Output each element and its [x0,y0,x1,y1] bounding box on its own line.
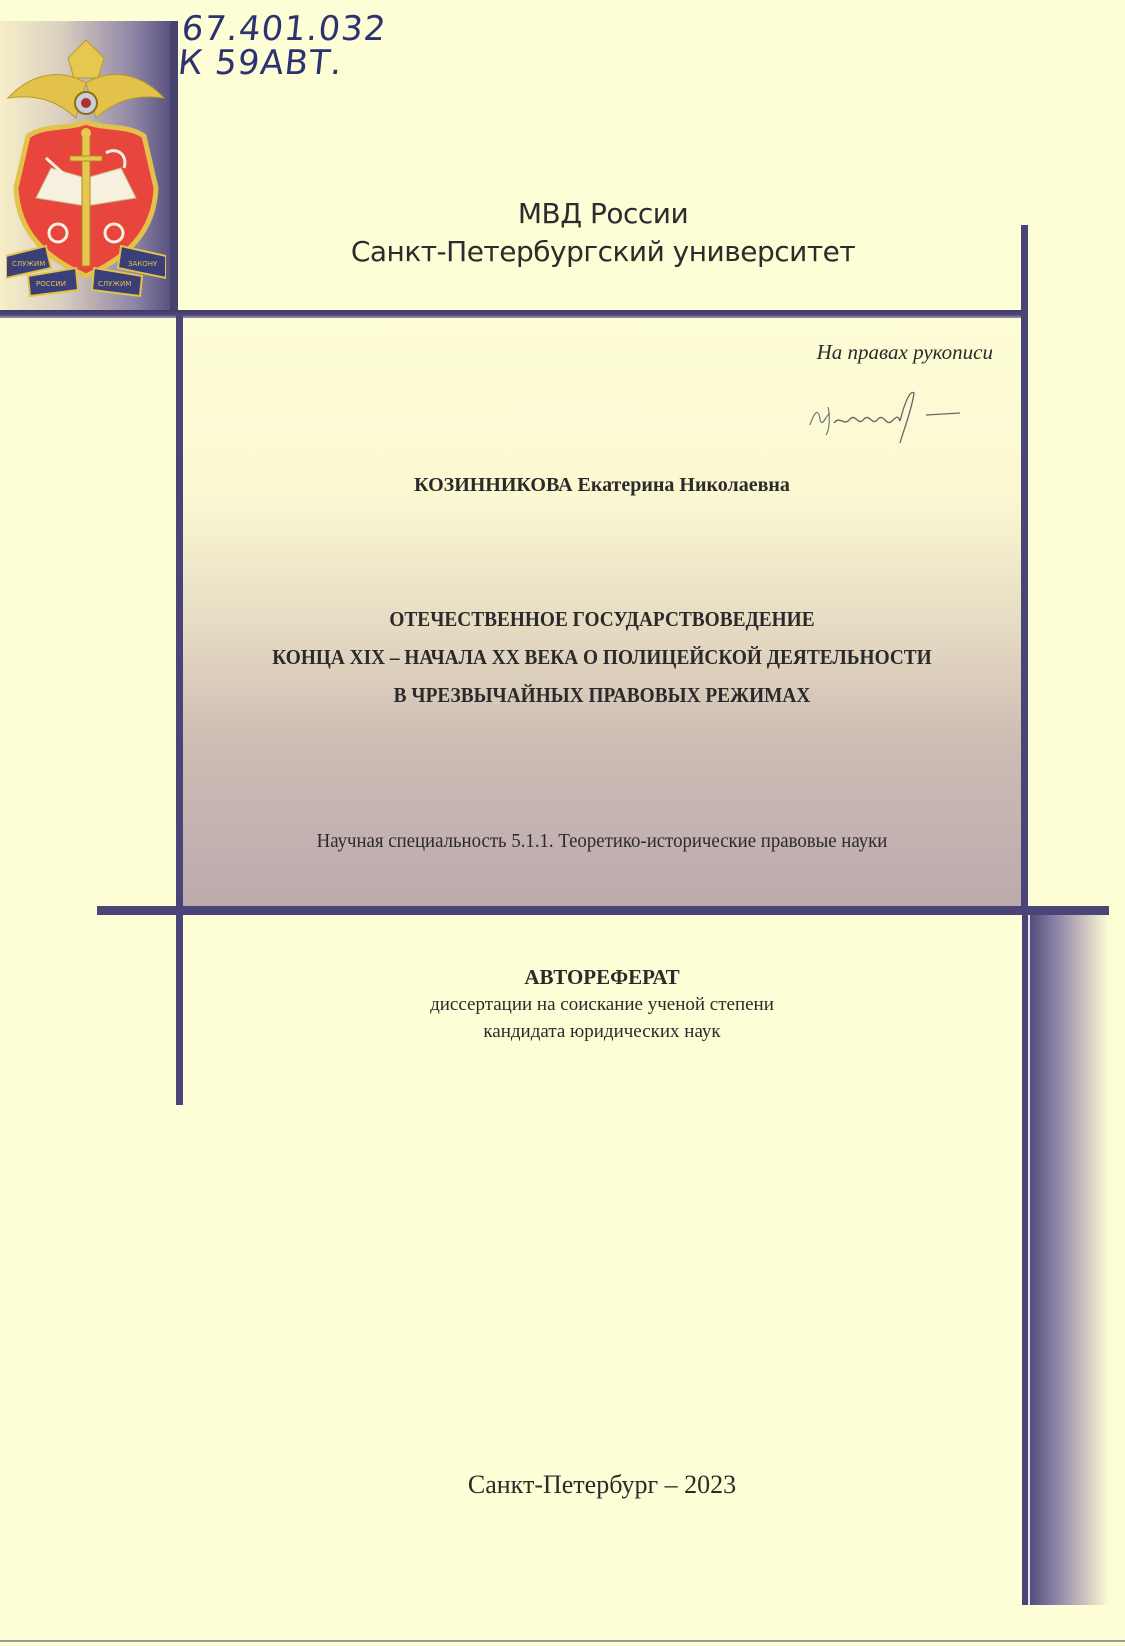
svg-text:СЛУЖИМ: СЛУЖИМ [98,280,131,288]
abstract-heading: АВТОРЕФЕРАТ [183,963,1021,991]
page-bottom-edge [0,1640,1125,1642]
side-strip-highlight [1028,915,1030,1605]
place-and-year: Санкт-Петербург – 2023 [183,1470,1021,1500]
abstract-block: АВТОРЕФЕРАТ диссертации на соискание уче… [183,963,1021,1045]
ministry-name: МВД России [178,195,1028,233]
shelfmark-author-mark: К 59АВТ. [176,46,384,80]
frame-rule-right [1021,225,1028,911]
scientific-specialty: Научная специальность 5.1.1. Теоретико-и… [208,830,996,853]
mvd-university-coat-of-arms-icon: СЛУЖИМ РОССИИ СЛУЖИМ ЗАКОНУ [6,28,166,298]
title-line-3: В ЧРЕЗВЫЧАЙНЫХ ПРАВОВЫХ РЕЖИМАХ [217,676,988,714]
frame-rule-top [0,310,1028,318]
library-shelfmark: 67.401.032 К 59АВТ. [176,12,388,80]
shelfmark-code: 67.401.032 [180,12,388,46]
frame-rule-middle [97,906,1109,915]
title-line-1: ОТЕЧЕСТВЕННОЕ ГОСУДАРСТВОВЕДЕНИЕ [217,600,988,638]
svg-text:СЛУЖИМ: СЛУЖИМ [12,260,45,268]
frame-rule-left [176,313,183,1105]
handwritten-signature-icon [800,385,980,445]
organization-header: МВД России Санкт-Петербургский университ… [178,195,1028,271]
university-name: Санкт-Петербургский университет [178,233,1028,271]
manuscript-rights-note: На правах рукописи [817,340,993,365]
author-name: КОЗИННИКОВА Екатерина Николаевна [183,474,1021,497]
svg-text:ЗАКОНУ: ЗАКОНУ [128,260,158,268]
decorative-side-strip [1028,915,1109,1605]
abstract-line-1: диссертации на соискание ученой степени [183,991,1021,1018]
dissertation-title: ОТЕЧЕСТВЕННОЕ ГОСУДАРСТВОВЕДЕНИЕ КОНЦА X… [217,600,988,714]
title-line-2: КОНЦА XIX – НАЧАЛА XX ВЕКА О ПОЛИЦЕЙСКОЙ… [217,638,988,676]
abstract-line-2: кандидата юридических наук [183,1018,1021,1045]
svg-text:РОССИИ: РОССИИ [36,280,66,288]
